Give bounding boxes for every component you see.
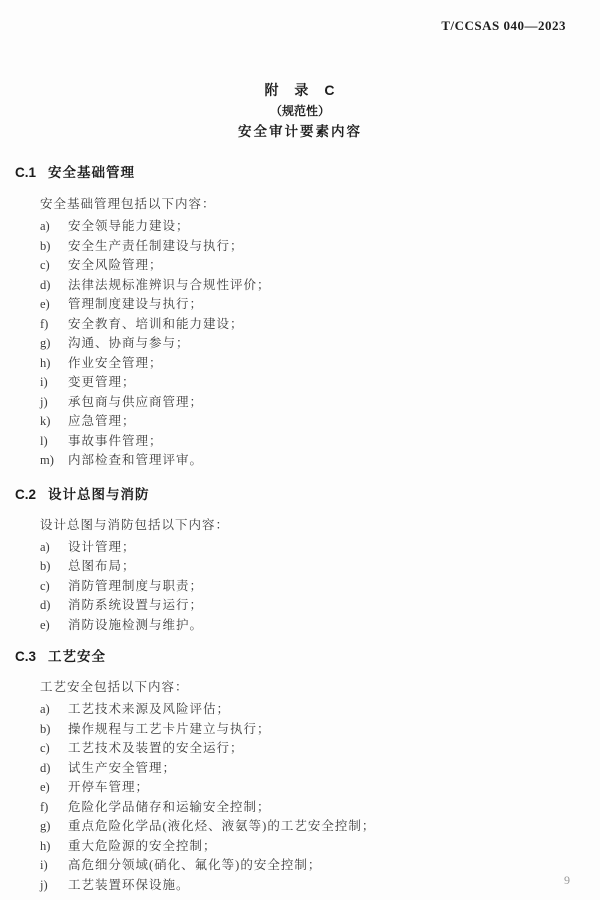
section-c3: C.3 工艺安全 工艺安全包括以下内容： a)工艺技术来源及风险评估； b)操作… bbox=[15, 647, 585, 895]
item-label: a) bbox=[40, 538, 68, 558]
item-label: i) bbox=[40, 856, 68, 876]
appendix-title: 附 录 C bbox=[0, 80, 600, 101]
list-item: c)消防管理制度与职责； bbox=[15, 577, 585, 597]
item-label: e) bbox=[40, 295, 68, 315]
item-text: 设计管理； bbox=[68, 538, 136, 558]
list-item: f)安全教育、培训和能力建设； bbox=[15, 315, 585, 335]
list-item: c)工艺技术及装置的安全运行； bbox=[15, 739, 585, 759]
item-label: f) bbox=[40, 315, 68, 335]
item-label: h) bbox=[40, 837, 68, 857]
section-title: 安全基础管理 bbox=[48, 163, 135, 183]
item-label: j) bbox=[40, 393, 68, 413]
item-label: c) bbox=[40, 577, 68, 597]
item-text: 内部检查和管理评审。 bbox=[68, 451, 203, 471]
item-text: 法律法规标准辨识与合规性评价； bbox=[68, 276, 271, 296]
list-item: j)承包商与供应商管理； bbox=[15, 393, 585, 413]
item-label: d) bbox=[40, 759, 68, 779]
document-page: T/CCSAS 040—2023 附 录 C （规范性） 安全审计要素内容 C.… bbox=[0, 0, 600, 900]
item-label: l) bbox=[40, 432, 68, 452]
list-item: j)工艺装置环保设施。 bbox=[15, 876, 585, 896]
item-text: 工艺技术及装置的安全运行； bbox=[68, 739, 244, 759]
item-label: a) bbox=[40, 700, 68, 720]
page-number: 9 bbox=[564, 873, 570, 888]
item-text: 沟通、协商与参与； bbox=[68, 334, 190, 354]
section-c2: C.2 设计总图与消防 设计总图与消防包括以下内容： a)设计管理； b)总图布… bbox=[15, 485, 585, 636]
section-intro: 工艺安全包括以下内容： bbox=[15, 677, 585, 697]
item-text: 操作规程与工艺卡片建立与执行； bbox=[68, 720, 271, 740]
item-label: j) bbox=[40, 876, 68, 896]
list-item: e)消防设施检测与维护。 bbox=[15, 616, 585, 636]
item-text: 事故事件管理； bbox=[68, 432, 163, 452]
item-text: 作业安全管理； bbox=[68, 354, 163, 374]
appendix-normative-label: （规范性） bbox=[0, 101, 600, 121]
item-text: 工艺装置环保设施。 bbox=[68, 876, 190, 896]
list-item: e)开停车管理； bbox=[15, 778, 585, 798]
list-item: i)高危细分领域(硝化、氟化等)的安全控制； bbox=[15, 856, 585, 876]
list-item: b)操作规程与工艺卡片建立与执行； bbox=[15, 720, 585, 740]
item-label: d) bbox=[40, 276, 68, 296]
list-item: l)事故事件管理； bbox=[15, 432, 585, 452]
item-text: 安全风险管理； bbox=[68, 256, 163, 276]
item-text: 总图布局； bbox=[68, 557, 136, 577]
item-text: 安全生产责任制建设与执行； bbox=[68, 237, 244, 257]
item-label: c) bbox=[40, 739, 68, 759]
section-item-list: a)安全领导能力建设； b)安全生产责任制建设与执行； c)安全风险管理； d)… bbox=[15, 217, 585, 471]
section-heading: C.3 工艺安全 bbox=[15, 647, 585, 667]
list-item: g)重点危险化学品(液化烃、液氨等)的工艺安全控制； bbox=[15, 817, 585, 837]
item-label: b) bbox=[40, 557, 68, 577]
item-text: 应急管理； bbox=[68, 412, 136, 432]
item-text: 承包商与供应商管理； bbox=[68, 393, 203, 413]
section-number: C.3 bbox=[15, 647, 48, 667]
standard-reference: T/CCSAS 040—2023 bbox=[441, 18, 566, 34]
list-item: h)重大危险源的安全控制； bbox=[15, 837, 585, 857]
list-item: b)安全生产责任制建设与执行； bbox=[15, 237, 585, 257]
list-item: d)试生产安全管理； bbox=[15, 759, 585, 779]
item-text: 重点危险化学品(液化烃、液氨等)的工艺安全控制； bbox=[68, 817, 375, 837]
section-title: 设计总图与消防 bbox=[48, 485, 150, 505]
item-label: m) bbox=[40, 451, 68, 471]
list-item: a)安全领导能力建设； bbox=[15, 217, 585, 237]
item-text: 开停车管理； bbox=[68, 778, 149, 798]
list-item: f)危险化学品储存和运输安全控制； bbox=[15, 798, 585, 818]
item-text: 重大危险源的安全控制； bbox=[68, 837, 217, 857]
appendix-subtitle: 安全审计要素内容 bbox=[0, 121, 600, 142]
item-text: 消防系统设置与运行； bbox=[68, 596, 203, 616]
list-item: a)设计管理； bbox=[15, 538, 585, 558]
list-item: h)作业安全管理； bbox=[15, 354, 585, 374]
item-label: c) bbox=[40, 256, 68, 276]
item-label: g) bbox=[40, 817, 68, 837]
section-heading: C.1 安全基础管理 bbox=[15, 163, 585, 183]
item-label: f) bbox=[40, 798, 68, 818]
item-text: 安全领导能力建设； bbox=[68, 217, 190, 237]
list-item: e)管理制度建设与执行； bbox=[15, 295, 585, 315]
section-item-list: a)设计管理； b)总图布局； c)消防管理制度与职责； d)消防系统设置与运行… bbox=[15, 538, 585, 636]
item-label: e) bbox=[40, 616, 68, 636]
list-item: k)应急管理； bbox=[15, 412, 585, 432]
item-label: a) bbox=[40, 217, 68, 237]
section-number: C.2 bbox=[15, 485, 48, 505]
list-item: m)内部检查和管理评审。 bbox=[15, 451, 585, 471]
item-text: 工艺技术来源及风险评估； bbox=[68, 700, 230, 720]
item-text: 管理制度建设与执行； bbox=[68, 295, 203, 315]
section-intro: 安全基础管理包括以下内容： bbox=[15, 194, 585, 214]
item-text: 变更管理； bbox=[68, 373, 136, 393]
list-item: i)变更管理； bbox=[15, 373, 585, 393]
section-heading: C.2 设计总图与消防 bbox=[15, 485, 585, 505]
item-text: 消防管理制度与职责； bbox=[68, 577, 203, 597]
list-item: d)消防系统设置与运行； bbox=[15, 596, 585, 616]
list-item: d)法律法规标准辨识与合规性评价； bbox=[15, 276, 585, 296]
section-intro: 设计总图与消防包括以下内容： bbox=[15, 515, 585, 535]
section-c1: C.1 安全基础管理 安全基础管理包括以下内容： a)安全领导能力建设； b)安… bbox=[15, 163, 585, 471]
item-label: g) bbox=[40, 334, 68, 354]
list-item: c)安全风险管理； bbox=[15, 256, 585, 276]
appendix-title-block: 附 录 C （规范性） 安全审计要素内容 bbox=[0, 80, 600, 142]
list-item: b)总图布局； bbox=[15, 557, 585, 577]
section-number: C.1 bbox=[15, 163, 48, 183]
item-label: d) bbox=[40, 596, 68, 616]
item-label: k) bbox=[40, 412, 68, 432]
item-label: h) bbox=[40, 354, 68, 374]
item-label: b) bbox=[40, 237, 68, 257]
item-label: i) bbox=[40, 373, 68, 393]
section-title: 工艺安全 bbox=[48, 647, 106, 667]
item-text: 安全教育、培训和能力建设； bbox=[68, 315, 244, 335]
list-item: g)沟通、协商与参与； bbox=[15, 334, 585, 354]
item-text: 试生产安全管理； bbox=[68, 759, 176, 779]
list-item: a)工艺技术来源及风险评估； bbox=[15, 700, 585, 720]
document-body: C.1 安全基础管理 安全基础管理包括以下内容： a)安全领导能力建设； b)安… bbox=[15, 163, 585, 895]
section-item-list: a)工艺技术来源及风险评估； b)操作规程与工艺卡片建立与执行； c)工艺技术及… bbox=[15, 700, 585, 895]
item-label: b) bbox=[40, 720, 68, 740]
item-text: 危险化学品储存和运输安全控制； bbox=[68, 798, 271, 818]
item-text: 高危细分领域(硝化、氟化等)的安全控制； bbox=[68, 856, 321, 876]
item-text: 消防设施检测与维护。 bbox=[68, 616, 203, 636]
item-label: e) bbox=[40, 778, 68, 798]
